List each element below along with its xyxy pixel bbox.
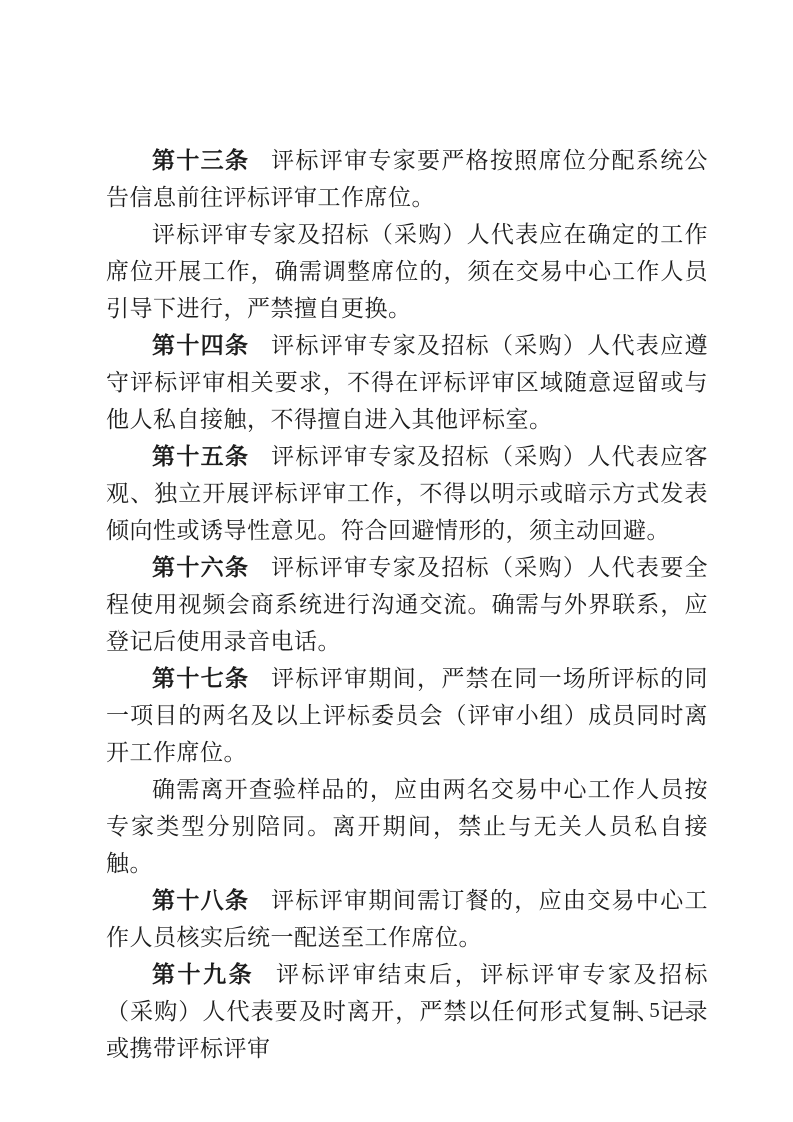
article-paragraph: 评标评审专家及招标（采购）人代表应在确定的工作席位开展工作，确需调整席位的，须在…: [106, 216, 708, 327]
article-number: 第十五条: [152, 443, 249, 469]
article-paragraph: 第十四条评标评审专家及招标（采购）人代表应遵守评标评审相关要求，不得在评标评审区…: [106, 327, 708, 438]
article-paragraph: 确需离开查验样品的，应由两名交易中心工作人员按专家类型分别陪同。离开期间，禁止与…: [106, 771, 708, 882]
article-number: 第十三条: [152, 147, 249, 173]
article-text: 评标评审专家及招标（采购）人代表应在确定的工作席位开展工作，确需调整席位的，须在…: [106, 222, 708, 321]
article-paragraph: 第十六条评标评审专家及招标（采购）人代表要全程使用视频会商系统进行沟通交流。确需…: [106, 549, 708, 660]
article-paragraph: 第十五条评标评审专家及招标（采购）人代表应客观、独立开展评标评审工作，不得以明示…: [106, 438, 708, 549]
article-number: 第十四条: [152, 332, 249, 358]
article-number: 第十六条: [152, 554, 249, 580]
page-footer: — 5 —: [617, 998, 695, 1023]
document-body: 第十三条评标评审专家要严格按照席位分配系统公告信息前往评标评审工作席位。评标评审…: [106, 142, 708, 1067]
document-page: 第十三条评标评审专家要严格按照席位分配系统公告信息前往评标评审工作席位。评标评审…: [0, 0, 793, 1122]
article-paragraph: 第十八条评标评审期间需订餐的，应由交易中心工作人员核实后统一配送至工作席位。: [106, 882, 708, 956]
article-number: 第十九条: [152, 961, 254, 987]
page-number: — 5 —: [617, 998, 695, 1022]
article-number: 第十八条: [152, 887, 249, 913]
article-paragraph: 第十三条评标评审专家要严格按照席位分配系统公告信息前往评标评审工作席位。: [106, 142, 708, 216]
article-number: 第十七条: [152, 665, 249, 691]
article-text: 确需离开查验样品的，应由两名交易中心工作人员按专家类型分别陪同。离开期间，禁止与…: [106, 777, 708, 876]
article-paragraph: 第十七条评标评审期间，严禁在同一场所评标的同一项目的两名及以上评标委员会（评审小…: [106, 660, 708, 771]
